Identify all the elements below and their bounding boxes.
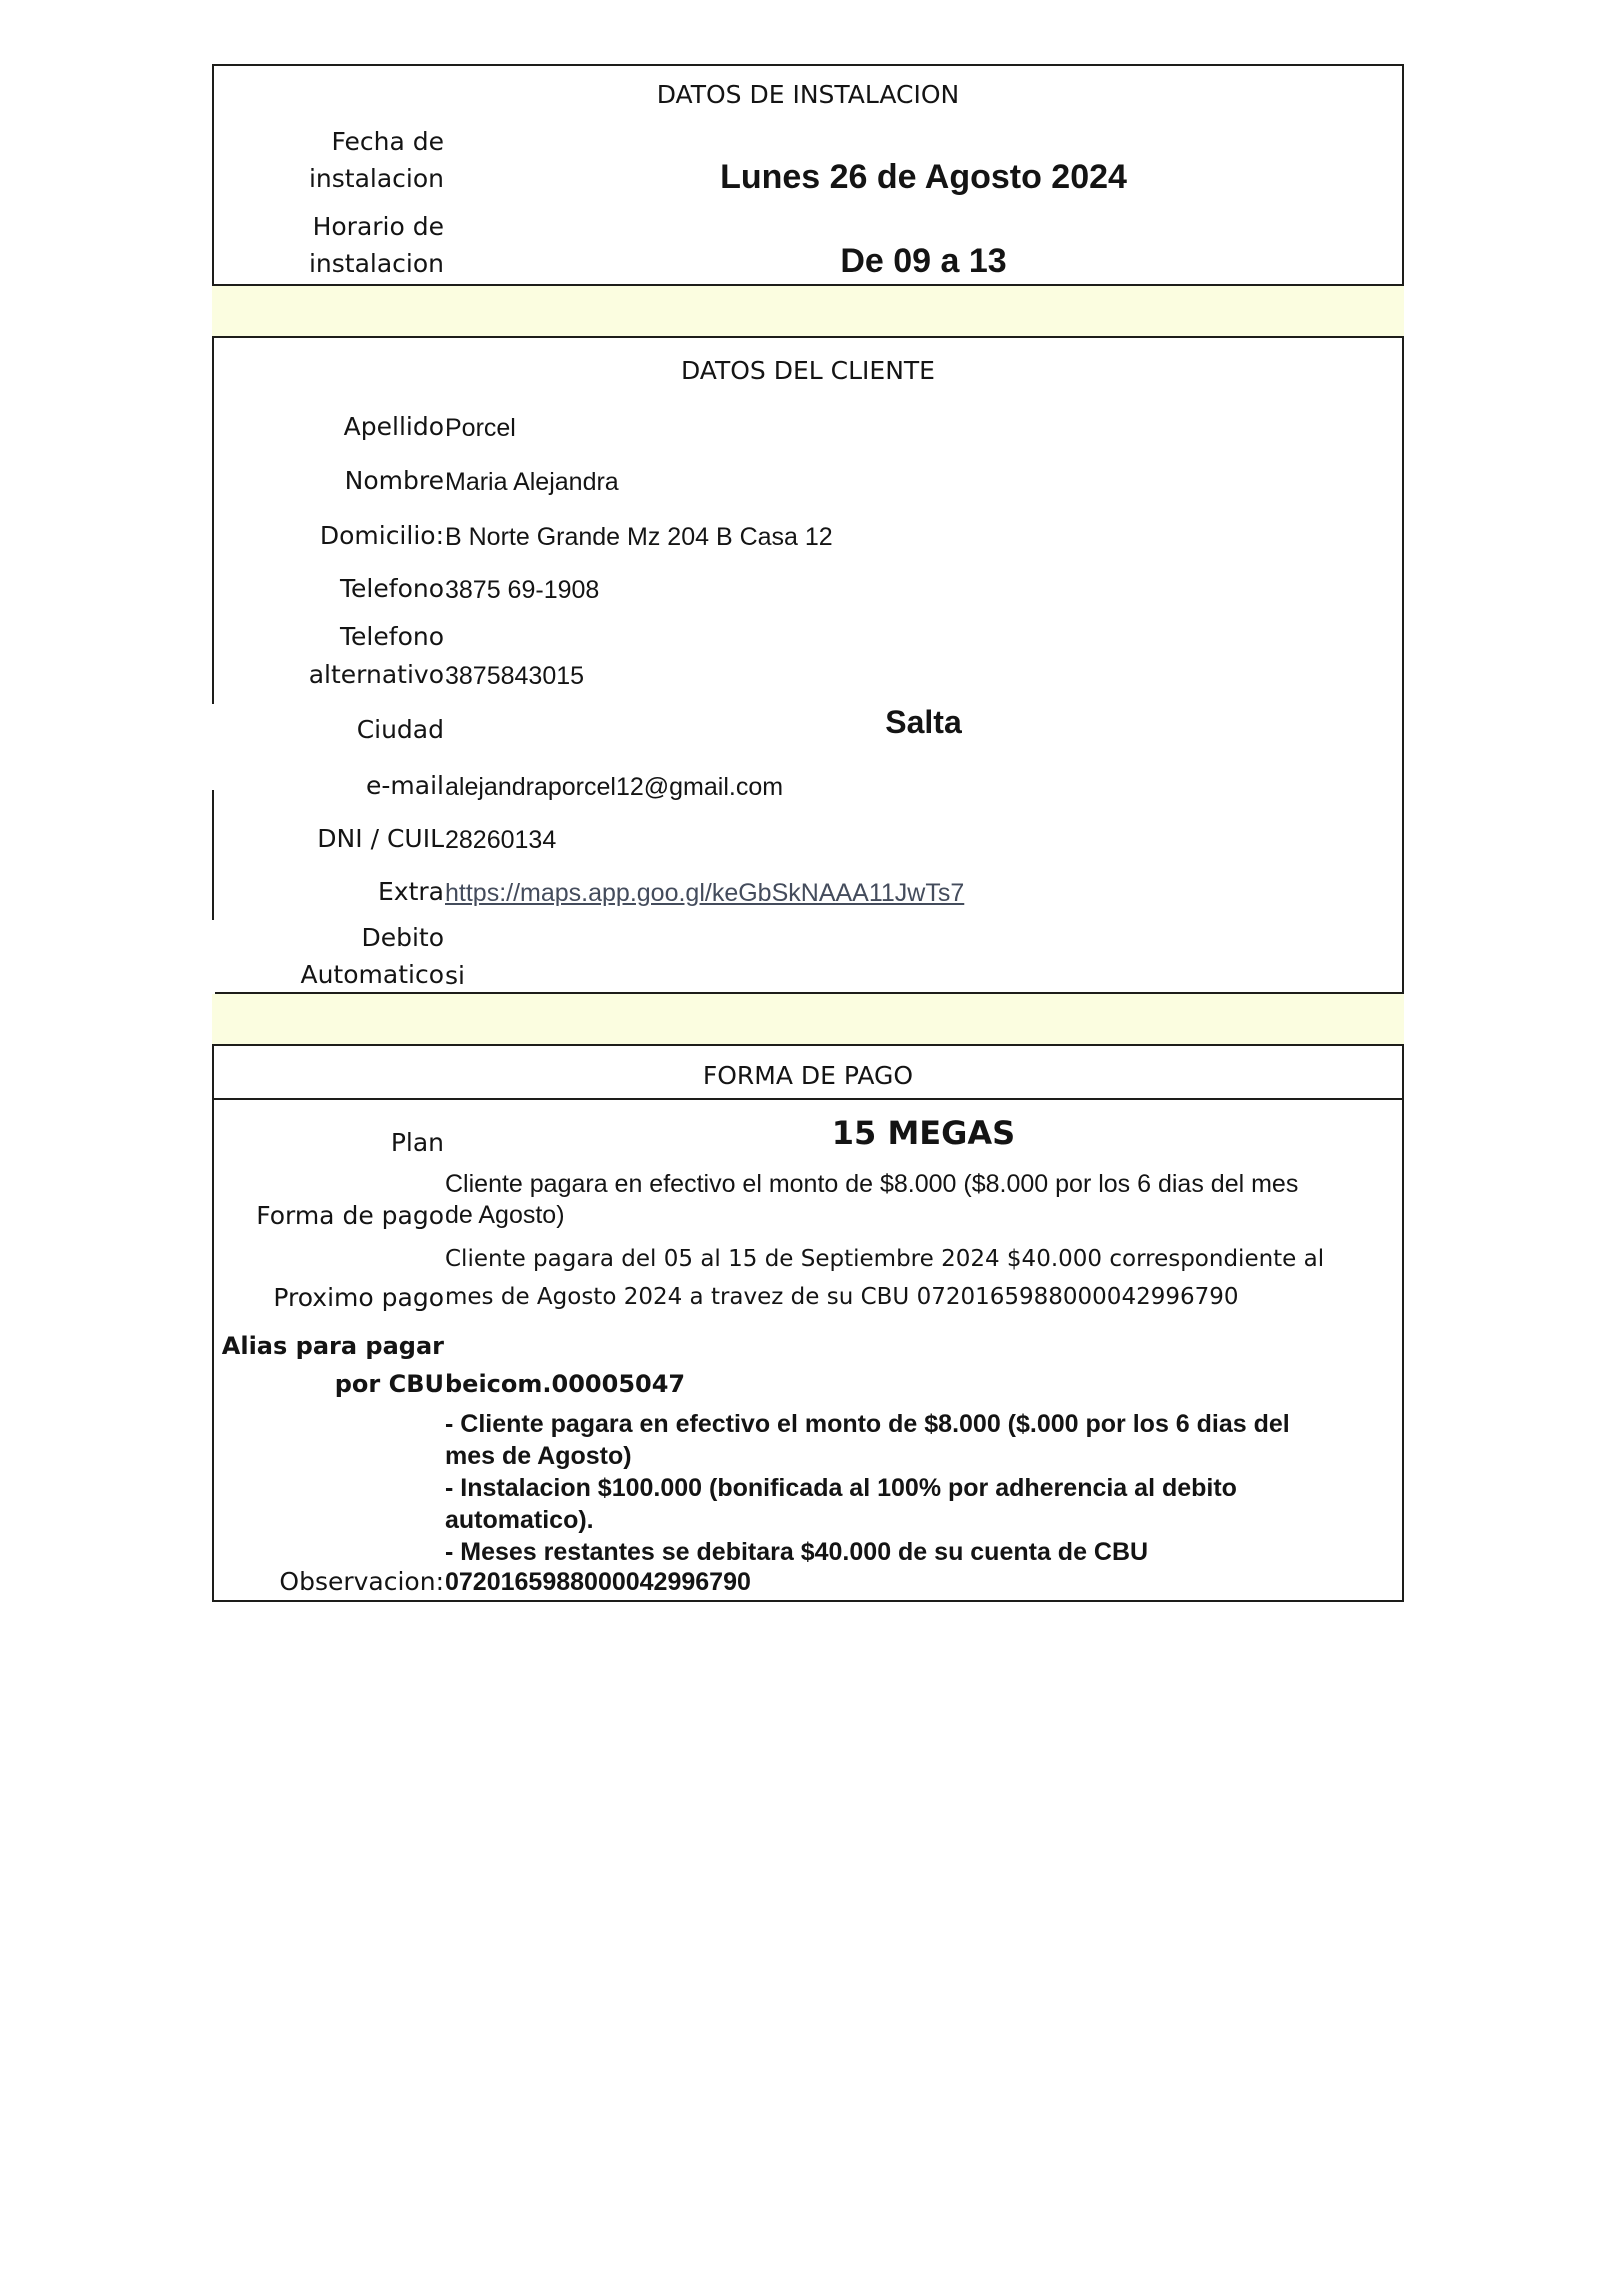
install-time-value: De 09 a 13 [445, 242, 1402, 281]
value-nombre: Maria Alejandra [445, 464, 619, 501]
label-proximo-pago: Proximo pago [214, 1279, 444, 1316]
label-telefono: Telefono [214, 570, 444, 607]
value-proximo-pago-2: mes de Agosto 2024 a travez de su CBU 07… [445, 1279, 1239, 1316]
maps-link[interactable]: https://maps.app.goo.gl/keGbSkNAAA11JwTs… [445, 875, 964, 912]
label-alias-2: por CBU [214, 1366, 444, 1403]
client-title: DATOS DEL CLIENTE [214, 356, 1402, 385]
value-alias: beicom.00005047 [445, 1366, 685, 1403]
observation-line-2: mes de Agosto) [445, 1440, 632, 1472]
install-time-label-2: instalacion [214, 245, 444, 282]
install-date-label-1: Fecha de [214, 123, 444, 160]
label-extra: Extra [214, 873, 444, 910]
label-forma-pago: Forma de pago [214, 1197, 444, 1234]
label-alias-1: Alias para pagar [214, 1328, 444, 1365]
value-forma-pago-2: de Agosto) [445, 1197, 565, 1234]
value-proximo-pago-1: Cliente pagara del 05 al 15 de Septiembr… [445, 1241, 1324, 1278]
value-telefono: 3875 69-1908 [445, 572, 599, 609]
client-section: DATOS DEL CLIENTE Apellido Porcel Nombre… [212, 336, 1404, 994]
value-forma-pago-1: Cliente pagara en efectivo el monto de $… [445, 1166, 1298, 1203]
payment-section: FORMA DE PAGO Plan 15 MEGAS Cliente paga… [212, 1044, 1404, 1602]
label-email: e-mail [214, 767, 444, 804]
value-email: alejandraporcel12@gmail.com [445, 769, 783, 806]
observation-line-6: 0720165988000042996790 [445, 1566, 751, 1598]
label-nombre: Nombre [214, 462, 444, 499]
install-date-label-2: instalacion [214, 160, 444, 197]
label-telefono-alt-1: Telefono [214, 618, 444, 655]
value-apellido: Porcel [445, 410, 516, 447]
label-plan: Plan [214, 1124, 444, 1161]
installation-section: DATOS DE INSTALACION Fecha de instalacio… [212, 64, 1404, 286]
label-debito-2: Automatico [214, 956, 444, 993]
observation-line-3: - Instalacion $100.000 (bonificada al 10… [445, 1472, 1237, 1504]
value-ciudad: Salta [445, 704, 1402, 741]
label-telefono-alt-2: alternativo [214, 656, 444, 693]
install-time-label-1: Horario de [214, 208, 444, 245]
payment-header-divider [214, 1098, 1402, 1100]
value-domicilio: B Norte Grande Mz 204 B Casa 12 [445, 519, 833, 556]
value-debito: si [445, 957, 465, 994]
label-apellido: Apellido [214, 408, 444, 445]
value-plan: 15 MEGAS [445, 1114, 1402, 1152]
label-dni: DNI / CUIL [214, 820, 444, 857]
highlight-band-2 [212, 994, 1404, 1044]
value-dni: 28260134 [445, 822, 556, 859]
install-date-value: Lunes 26 de Agosto 2024 [445, 158, 1402, 197]
observation-line-1: - Cliente pagara en efectivo el monto de… [445, 1408, 1290, 1440]
observation-line-4: automatico). [445, 1504, 594, 1536]
label-debito-1: Debito [214, 919, 444, 956]
value-telefono-alt: 3875843015 [445, 658, 584, 695]
installation-title: DATOS DE INSTALACION [214, 80, 1402, 109]
highlight-band-1 [212, 286, 1404, 336]
label-ciudad: Ciudad [214, 711, 444, 748]
observation-line-5: - Meses restantes se debitara $40.000 de… [445, 1536, 1148, 1568]
payment-title: FORMA DE PAGO [214, 1061, 1402, 1090]
label-domicilio: Domicilio: [214, 517, 444, 554]
label-observacion: Observacion: [214, 1566, 444, 1598]
